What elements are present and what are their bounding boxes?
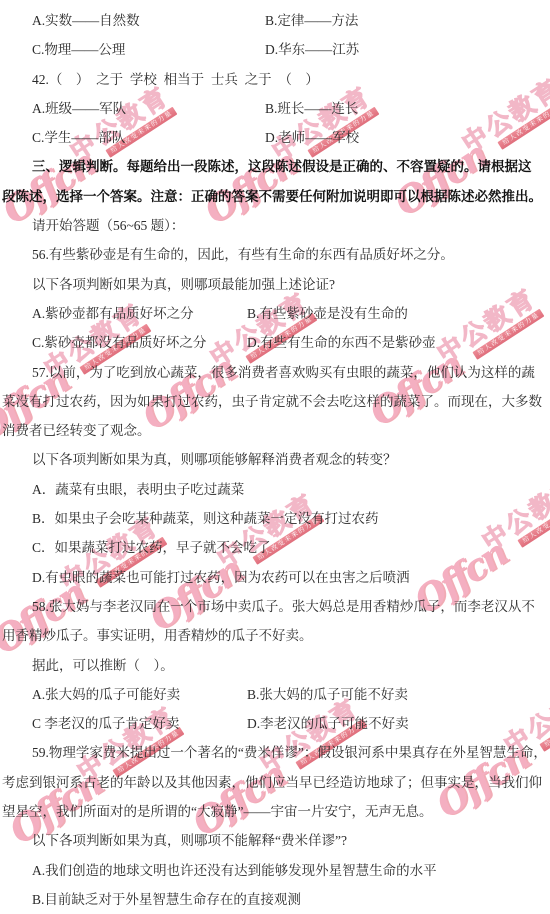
text-line: 请开始答题（56~65 题）：: [2, 211, 548, 240]
option-left: A.实数——自然数: [32, 6, 140, 35]
text-line: 用香精炒瓜子。事实证明，用香精炒的瓜子不好卖。: [2, 621, 548, 650]
option-right: D.老师——军校: [265, 123, 359, 152]
text-line: 段陈述，选择一个答案。注意：正确的答案不需要任何附加说明即可以根据陈述必然推出。: [2, 182, 548, 211]
text-line: 考虑到银河系古老的年龄以及其他因素，他们应当早已经造访地球了；但事实是，当我们仰: [2, 768, 548, 797]
option-right: D.华东——江苏: [265, 35, 359, 64]
text-line: D.有虫眼的蔬菜也可能打过农药，因为农药可以在虫害之后喷洒: [2, 563, 548, 592]
option-left: C.物理——公理: [32, 35, 125, 64]
text-line: 56.有些紫砂壶是有生命的，因此，有些有生命的东西有品质好坏之分。: [2, 240, 548, 269]
text-line: C.紫砂壶都没有品质好坏之分D.有些有生命的东西不是紫砂壶: [2, 328, 548, 357]
text-line: 59.物理学家费米提出过一个著名的“费米佯谬”：假设银河系中果真存在外星智慧生命…: [2, 738, 548, 767]
option-right: B.张大妈的瓜子可能不好卖: [247, 680, 408, 709]
text-line: A.实数——自然数B.定律——方法: [2, 6, 548, 35]
text-line: 以下各项判断如果为真，则哪项能够解释消费者观念的转变？: [2, 445, 548, 474]
option-right: D.李老汉的瓜子可能不好卖: [247, 709, 409, 738]
text-line: A．蔬菜有虫眼，表明虫子吃过蔬菜: [2, 475, 548, 504]
option-left: A.紫砂壶都有品质好坏之分: [32, 299, 194, 328]
option-right: B.定律——方法: [265, 6, 358, 35]
option-right: B.班长——连长: [265, 94, 358, 123]
text-line: 据此，可以推断（ ）。: [2, 651, 548, 680]
document-body: A.实数——自然数B.定律——方法C.物理——公理D.华东——江苏42.（ ） …: [2, 6, 548, 914]
option-left: C.学生——部队: [32, 123, 125, 152]
option-right: D.有些有生命的东西不是紫砂壶: [247, 328, 436, 357]
text-line: A.我们创造的地球文明也许还没有达到能够发现外星智慧生命的水平: [2, 856, 548, 885]
text-line: 57.以前，为了吃到放心蔬菜，很多消费者喜欢购买有虫眼的蔬菜，他们认为这样的蔬: [2, 358, 548, 387]
option-left: C 李老汉的瓜子肯定好卖: [32, 709, 179, 738]
option-left: A.张大妈的瓜子可能好卖: [32, 680, 180, 709]
text-line: B．如果虫子会吃某种蔬菜，则这种蔬菜一定没有打过农药: [2, 504, 548, 533]
text-line: 菜没有打过农药，因为如果打过农药，虫子肯定就不会去吃这样的蔬菜了。而现在，大多数: [2, 387, 548, 416]
text-line: C.物理——公理D.华东——江苏: [2, 35, 548, 64]
text-line: 以下各项判断如果为真，则哪项最能加强上述论证?: [2, 270, 548, 299]
text-line: 58.张大妈与李老汉同在一个市场中卖瓜子。张大妈总是用香精炒瓜子，而李老汉从不: [2, 592, 548, 621]
option-left: A.班级——军队: [32, 94, 126, 123]
text-line: A.张大妈的瓜子可能好卖B.张大妈的瓜子可能不好卖: [2, 680, 548, 709]
text-line: A.班级——军队B.班长——连长: [2, 94, 548, 123]
text-line: 三、逻辑判断。每题给出一段陈述，这段陈述假设是正确的、不容置疑的。请根据这: [2, 152, 548, 181]
text-line: 望星空，我们所面对的是所谓的“大寂静”——宇宙一片安宁，无声无息。: [2, 797, 548, 826]
text-line: 42.（ ） 之于 学校 相当于 士兵 之于 （ ）: [2, 65, 548, 94]
text-line: 消费者已经转变了观念。: [2, 416, 548, 445]
exam-paper-page: { "page": { "width": 550, "height": 914,…: [0, 0, 550, 914]
text-line: B.目前缺乏对于外星智慧生命存在的直接观测: [2, 885, 548, 914]
text-line: C 李老汉的瓜子肯定好卖D.李老汉的瓜子可能不好卖: [2, 709, 548, 738]
text-line: C．如果蔬菜打过农药，早子就不会吃了: [2, 533, 548, 562]
option-left: C.紫砂壶都没有品质好坏之分: [32, 328, 206, 357]
option-right: B.有些紫砂壶是没有生命的: [247, 299, 408, 328]
text-line: A.紫砂壶都有品质好坏之分B.有些紫砂壶是没有生命的: [2, 299, 548, 328]
text-line: C.学生——部队D.老师——军校: [2, 123, 548, 152]
text-line: 以下各项判断如果为真，则哪项不能解释“费米佯谬”?: [2, 826, 548, 855]
